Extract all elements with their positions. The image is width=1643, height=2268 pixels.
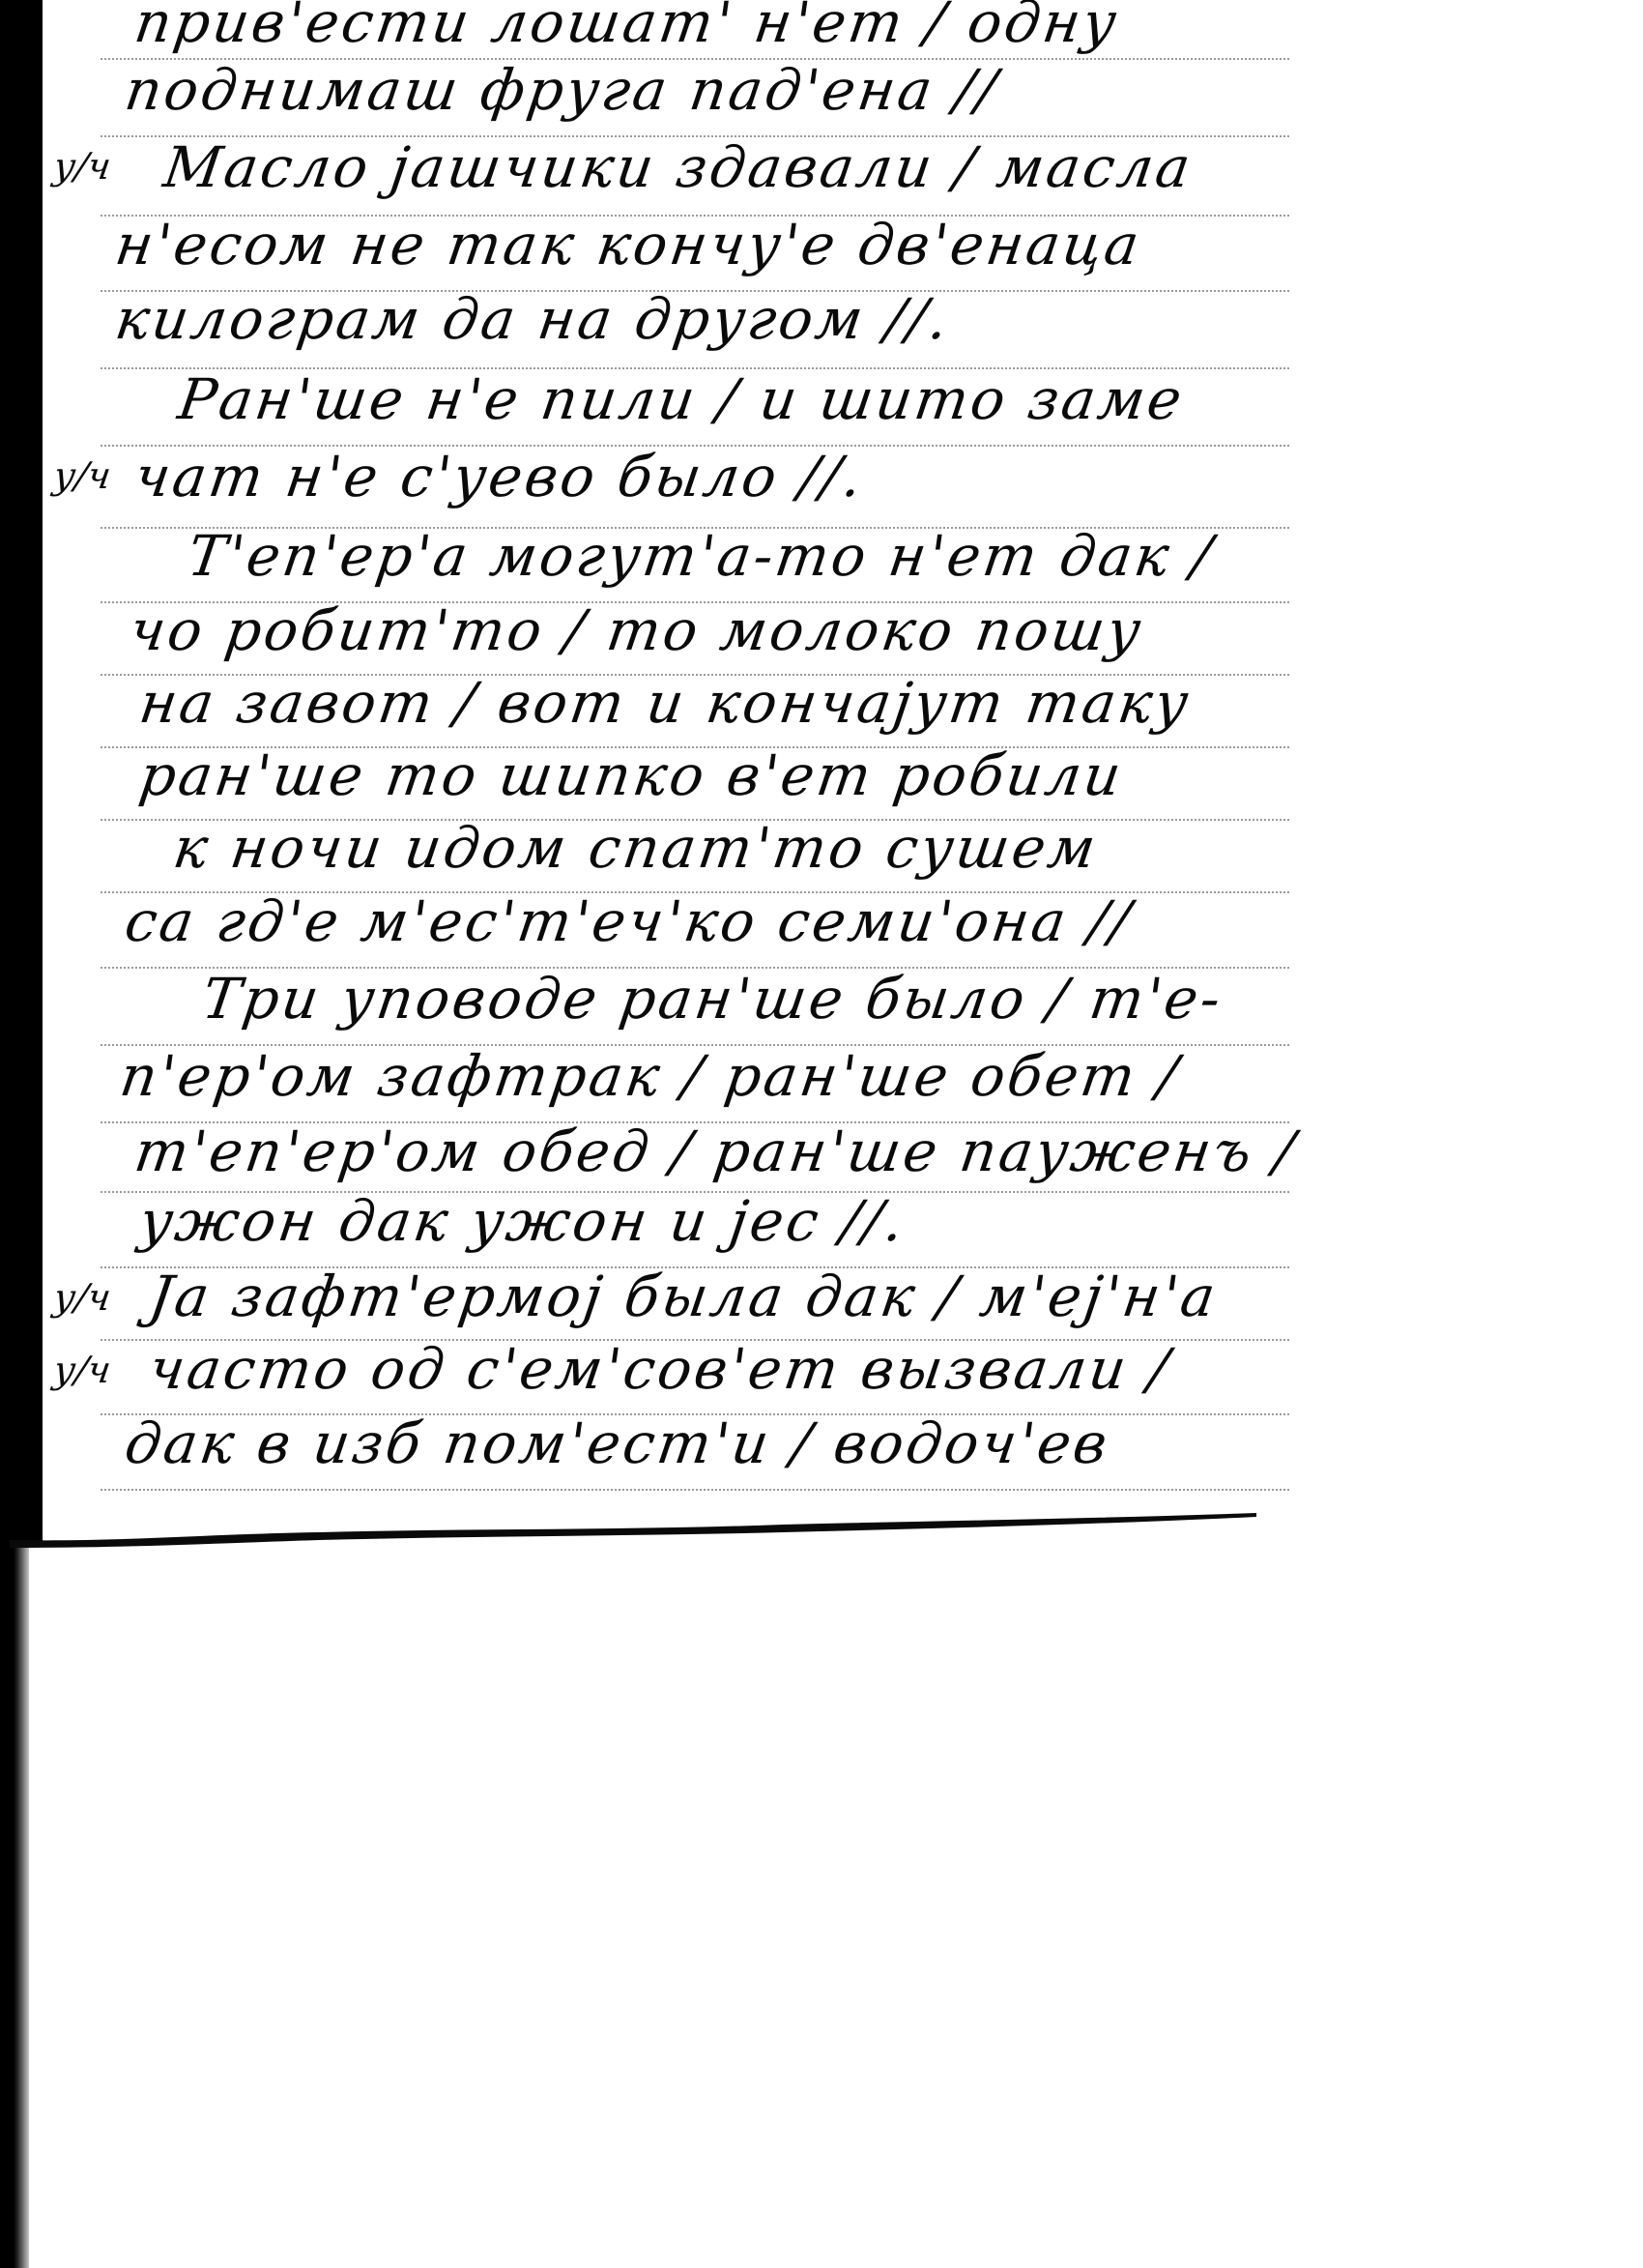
manuscript-line-16: т'еп'ер'ом обед / ран'ше пауженъ / — [130, 1118, 1301, 1185]
margin-annotation-text: у/ч — [51, 1276, 114, 1319]
margin-annotation: у/ч — [51, 145, 114, 188]
manuscript-line-9: чо робит'то / то молоко пошу — [126, 596, 1147, 664]
manuscript-line-15: п'ер'ом зафтрак / ран'ше обет / — [116, 1042, 1185, 1110]
manuscript-line-6: Ран'ше н'е пили / и шито заме — [174, 365, 1189, 433]
manuscript-line-5: килограм да на другом //. — [111, 285, 955, 353]
margin-annotation: у/ч — [51, 1349, 114, 1391]
manuscript-line-20: дак в изб пом'ест'и / водоч'ев — [121, 1410, 1114, 1477]
manuscript-line-18: Ја зафт'ермој была дак / м'еј'н'а — [145, 1263, 1223, 1330]
margin-annotation: у/ч — [51, 1276, 114, 1319]
manuscript-line-14: Три уповоде ран'ше было / т'е- — [198, 965, 1227, 1032]
manuscript-line-7: чат н'е с'уево было //. — [130, 443, 869, 510]
manuscript-line-1: прив'ести лошат' н'ет / одну — [130, 0, 1123, 56]
manuscript-line-13: са гд'е м'ес'т'еч'ко семи'она // — [121, 887, 1138, 955]
manuscript-line-12: к ночи идом спат'то сушем — [169, 814, 1103, 882]
scan-dark-border-lower — [0, 1547, 29, 2268]
torn-paper-edge — [10, 1513, 1256, 1552]
manuscript-line-17: ужон дак ужон и јес //. — [135, 1187, 910, 1255]
manuscript-line-19: часто од с'ем'сов'ет вызвали / — [145, 1335, 1175, 1403]
scan-dark-border-upper — [0, 0, 43, 1547]
manuscript-line-2: поднимаш фруга пад'ена // — [121, 56, 1003, 124]
manuscript-line-4: н'есом не так кончу'е дв'енаца — [111, 211, 1146, 278]
manuscript-line-3: Масло јашчики здавали / масла — [159, 133, 1197, 201]
margin-annotation: у/ч — [51, 454, 114, 497]
manuscript-line-10: на завот / вот и кончајут таку — [135, 669, 1196, 737]
margin-annotation-text: у/ч — [51, 145, 114, 188]
margin-annotation-text: у/ч — [51, 1349, 114, 1391]
ruled-line — [101, 1489, 1289, 1491]
handwritten-page: прив'ести лошат' н'ет / одну поднимаш фр… — [43, 0, 1255, 1537]
margin-annotation-text: у/ч — [51, 454, 114, 497]
manuscript-line-8: Т'еп'ер'а могут'а-то н'ет дак / — [184, 522, 1219, 590]
manuscript-line-11: ран'ше то шипко в'ет робили — [135, 741, 1128, 809]
